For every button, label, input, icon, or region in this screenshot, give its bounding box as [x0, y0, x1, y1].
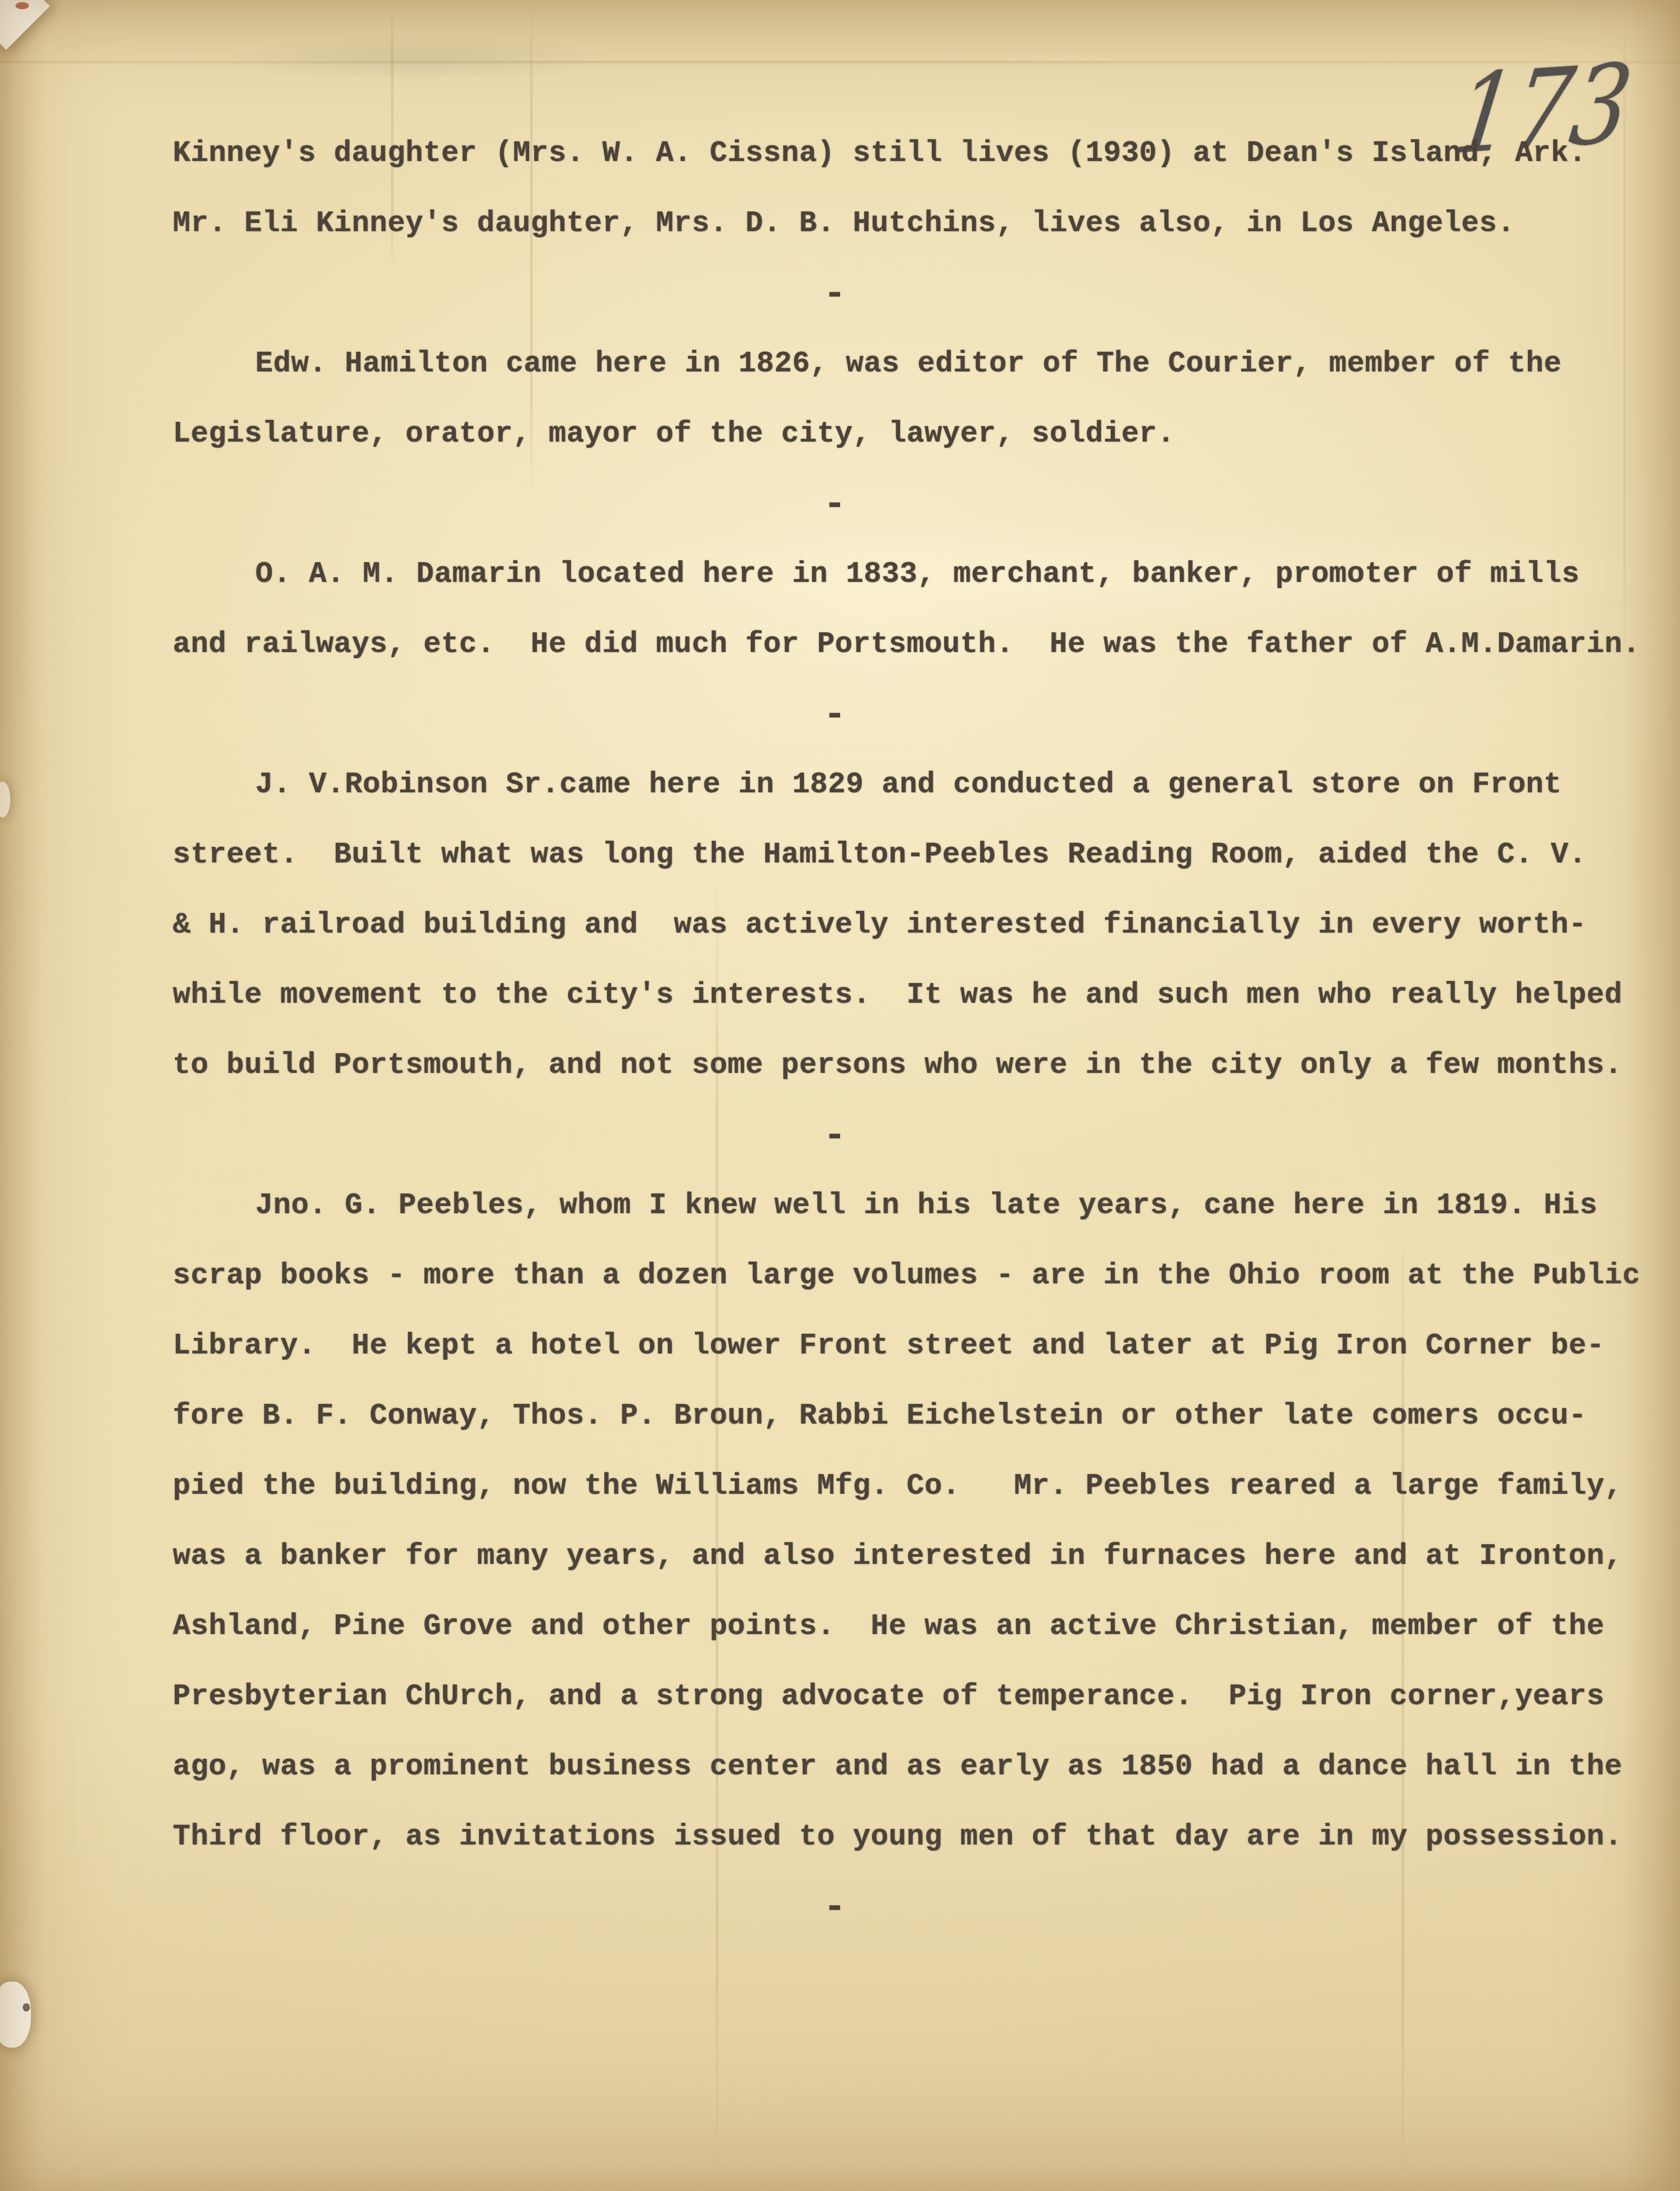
typewritten-line: ago, was a prominent business center and… — [173, 1732, 1596, 1802]
paper-stain — [23, 2003, 30, 2012]
torn-edge — [0, 781, 10, 817]
separator-dash: - — [123, 469, 1546, 539]
typewritten-line: Kinney's daughter (Mrs. W. A. Cissna) st… — [173, 119, 1596, 189]
typewritten-line: Third floor, as invitations issued to yo… — [173, 1802, 1596, 1872]
typewritten-line: pied the building, now the Williams Mfg.… — [173, 1451, 1596, 1522]
typewritten-line: Jno. G. Peebles, whom I knew well in his… — [173, 1171, 1596, 1241]
typewritten-line: Edw. Hamilton came here in 1826, was edi… — [173, 329, 1596, 399]
typewritten-line: street. Built what was long the Hamilton… — [173, 820, 1596, 890]
typewritten-line: Ashland, Pine Grove and other points. He… — [173, 1592, 1596, 1662]
typewritten-line: Mr. Eli Kinney's daughter, Mrs. D. B. Hu… — [173, 189, 1596, 259]
typewritten-line: Library. He kept a hotel on lower Front … — [173, 1311, 1596, 1381]
torn-corner-top-left — [0, 0, 50, 50]
typewritten-line: Legislature, orator, mayor of the city, … — [173, 399, 1596, 469]
typewritten-line: to build Portsmouth, and not some person… — [173, 1031, 1596, 1101]
typewritten-line: Presbyterian ChUrch, and a strong advoca… — [173, 1662, 1596, 1732]
typewritten-line: O. A. M. Damarin located here in 1833, m… — [173, 539, 1596, 610]
torn-edge — [0, 1982, 31, 2048]
typewritten-line: scrap books - more than a dozen large vo… — [173, 1241, 1596, 1311]
typewritten-line: was a banker for many years, and also in… — [173, 1522, 1596, 1592]
separator-dash: - — [123, 259, 1546, 329]
separator-dash: - — [123, 680, 1546, 750]
typewritten-line: while movement to the city's interests. … — [173, 960, 1596, 1031]
typewritten-line: fore B. F. Conway, Thos. P. Broun, Rabbi… — [173, 1381, 1596, 1451]
separator-dash: - — [123, 1872, 1546, 1942]
typewritten-line: & H. railroad building and was actively … — [173, 890, 1596, 960]
scanned-document-page: 173 Kinney's daughter (Mrs. W. A. Cissna… — [0, 0, 1680, 2191]
typewritten-text-block: Kinney's daughter (Mrs. W. A. Cissna) st… — [173, 119, 1596, 1942]
typewritten-line: and railways, etc. He did much for Ports… — [173, 610, 1596, 680]
crease-line — [0, 61, 1680, 63]
separator-dash: - — [123, 1101, 1546, 1171]
paper-stain — [222, 36, 614, 83]
typewritten-line: J. V.Robinson Sr.came here in 1829 and c… — [173, 750, 1596, 820]
paper-stain — [15, 2, 29, 9]
